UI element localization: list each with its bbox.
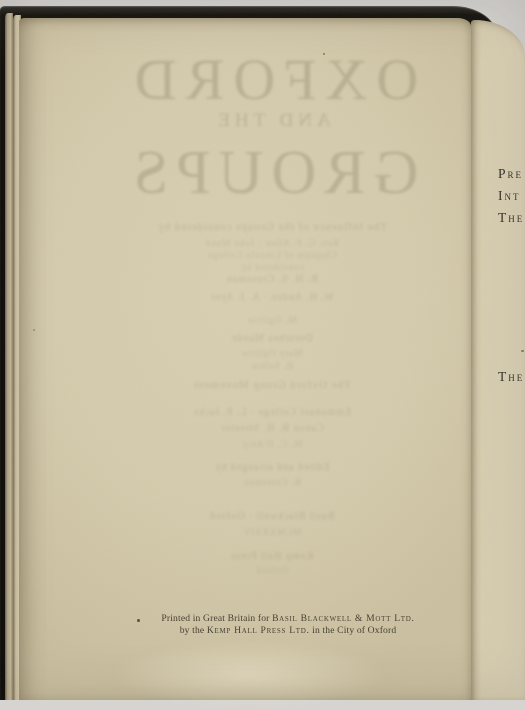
paper-speck	[323, 53, 325, 55]
contents-fragment-4: The	[498, 369, 524, 385]
recto-page-sliver	[471, 20, 525, 700]
paper-sheen	[109, 640, 389, 700]
imprint-press: Kemp Hall Press Ltd.	[207, 625, 310, 636]
paper-speck	[137, 619, 140, 622]
contents-fragment-2: Int	[498, 188, 521, 204]
paper-speck	[33, 329, 35, 331]
verso-page	[19, 18, 471, 700]
imprint-publisher: Basil Blackwell & Mott Ltd.	[272, 613, 415, 624]
printer-imprint: Printed in Great Britain for Basil Black…	[140, 613, 436, 638]
imprint-text: Printed in Great Britain for	[161, 613, 272, 624]
imprint-line-1: Printed in Great Britain for Basil Black…	[140, 613, 436, 625]
book-photograph: OXFORD AND THE GROUPS The Influence of t…	[0, 0, 525, 700]
page-edge-strip-outer	[5, 13, 13, 700]
contents-fragment-3: The	[498, 210, 524, 226]
partial-text-mark	[521, 350, 524, 352]
contents-fragment-1: Pre	[498, 166, 523, 182]
imprint-text: by the	[180, 625, 207, 636]
imprint-text: in the City of Oxford	[310, 625, 397, 636]
imprint-line-2: by the Kemp Hall Press Ltd. in the City …	[140, 625, 436, 637]
